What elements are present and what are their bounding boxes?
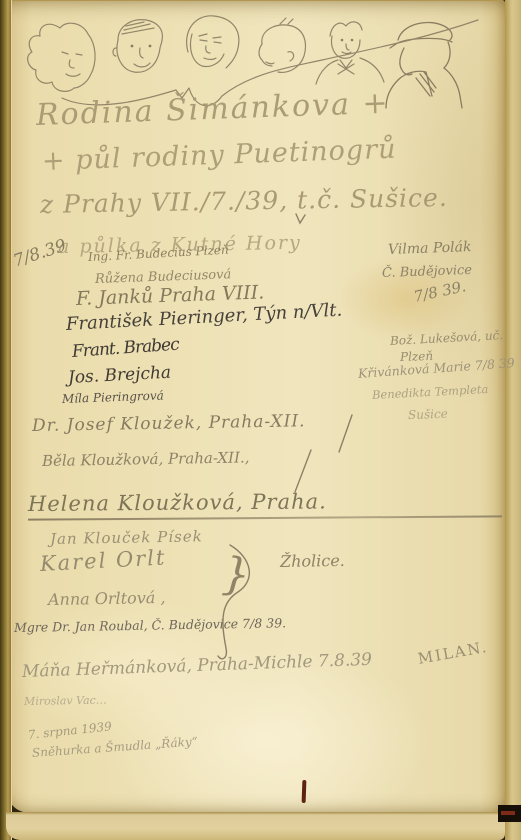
ink-tally-mark <box>302 780 307 803</box>
guestbook-scan: Rodina Šimánkova + + půl rodiny Puetinog… <box>0 0 521 840</box>
slash-stroke-2 <box>295 450 311 492</box>
flourish-strokes <box>0 0 521 840</box>
small-arrow-stroke <box>296 214 305 223</box>
orlt-flourish <box>218 545 249 659</box>
slash-stroke-1 <box>339 415 352 452</box>
